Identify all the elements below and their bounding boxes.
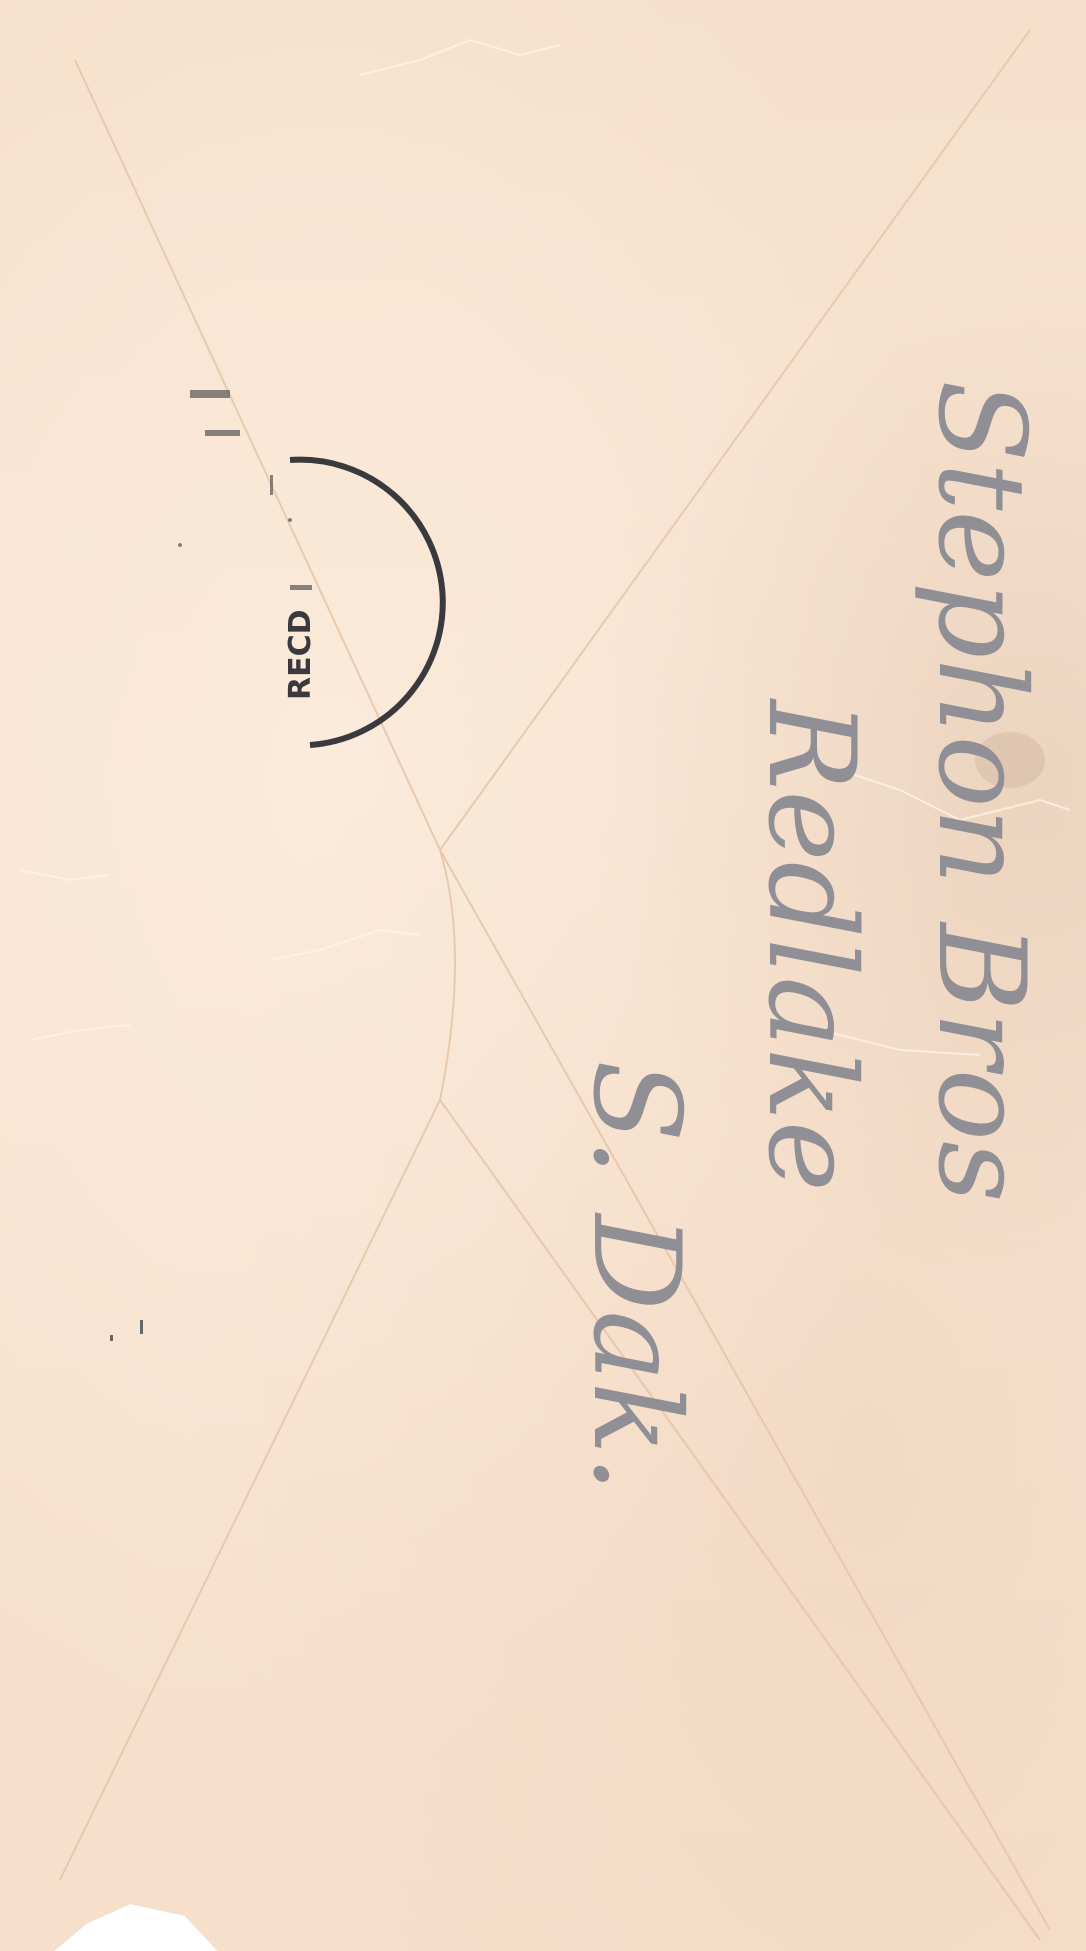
address-line-2: Redlake (741, 698, 880, 1192)
envelope-details: RECD Stephon Bros Redlake S. Dak. (0, 0, 1086, 1951)
flap-lines (60, 30, 1050, 1940)
handwritten-address: Stephon Bros (911, 380, 1050, 1203)
address-line-1: Stephon Bros (911, 380, 1050, 1203)
address-line-3: S. Dak. (566, 1060, 705, 1493)
postmark-text: RECD (283, 609, 318, 700)
small-marks (110, 1320, 143, 1341)
